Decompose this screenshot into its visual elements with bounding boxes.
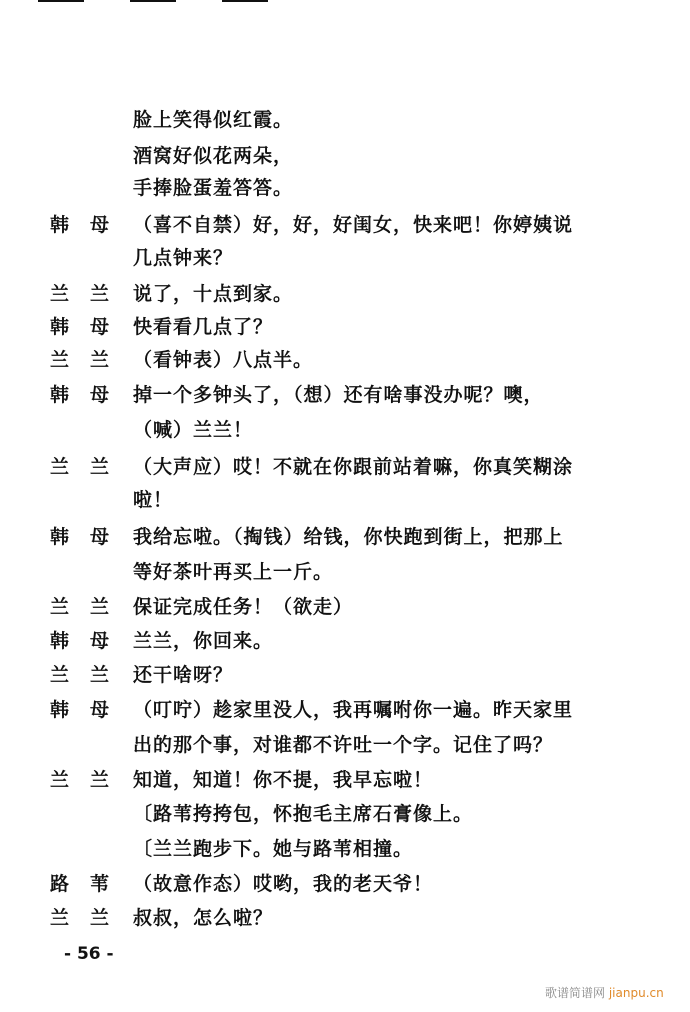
dialogue-line: （喊）兰兰！ — [133, 418, 253, 442]
speaker-label: 韩母 — [50, 629, 130, 653]
header-rule — [222, 0, 268, 2]
header-rule — [38, 0, 84, 2]
speaker-label: 兰兰 — [50, 906, 130, 930]
dialogue-line: （看钟表）八点半。 — [133, 348, 313, 372]
dialogue-line: 出的那个事，对谁都不许吐一个字。记住了吗？ — [133, 733, 553, 757]
speaker-label: 韩母 — [50, 698, 130, 722]
watermark: 歌谱简谱网 jianpu.cn — [545, 984, 664, 1001]
dialogue-line: 还干啥呀？ — [133, 663, 233, 687]
dialogue-line: 叔叔，怎么啦？ — [133, 906, 273, 930]
dialogue-line: 保证完成任务！（欲走） — [133, 595, 353, 619]
dialogue-line: （故意作态）哎哟，我的老天爷！ — [133, 872, 433, 896]
speaker-label: 韩母 — [50, 315, 130, 339]
dialogue-line: 啦！ — [133, 488, 173, 512]
speaker-label: 韩母 — [50, 213, 130, 237]
stage-direction: 〔路苇挎挎包，怀抱毛主席石膏像上。 — [133, 802, 473, 826]
dialogue-line: 知道，知道！你不提，我早忘啦！ — [133, 768, 433, 792]
speaker-label: 兰兰 — [50, 455, 130, 479]
dialogue-line: （喜不自禁）好，好，好闺女，快来吧！你婷姨说 — [133, 213, 573, 237]
watermark-cn: 歌谱简谱网 — [545, 986, 605, 1000]
dialogue-line: 我给忘啦。（掏钱）给钱，你快跑到街上，把那上 — [133, 525, 564, 549]
verse-line: 酒窝好似花两朵， — [133, 144, 293, 168]
dialogue-line: 等好茶叶再买上一斤。 — [133, 560, 333, 584]
speaker-label: 兰兰 — [50, 282, 130, 306]
dialogue-line: 掉一个多钟头了，（想）还有啥事没办呢？噢， — [133, 383, 544, 407]
stage-direction: 〔兰兰跑步下。她与路苇相撞。 — [133, 837, 413, 861]
speaker-label: 兰兰 — [50, 663, 130, 687]
watermark-site: jianpu.cn — [609, 986, 664, 1000]
speaker-label: 路苇 — [50, 872, 130, 896]
verse-line: 脸上笑得似红霞。 — [133, 108, 293, 132]
dialogue-line: （大声应）哎！不就在你跟前站着嘛，你真笑糊涂 — [133, 455, 573, 479]
speaker-label: 兰兰 — [50, 595, 130, 619]
dialogue-line: 几点钟来？ — [133, 246, 233, 270]
dialogue-line: 兰兰，你回来。 — [133, 629, 273, 653]
header-rule — [130, 0, 176, 2]
page-number: - 56 - — [64, 944, 114, 964]
dialogue-line: （叮咛）趁家里没人，我再嘱咐你一遍。昨天家里 — [133, 698, 573, 722]
speaker-label: 韩母 — [50, 525, 130, 549]
speaker-label: 兰兰 — [50, 768, 130, 792]
dialogue-line: 说了，十点到家。 — [133, 282, 293, 306]
verse-line: 手捧脸蛋羞答答。 — [133, 176, 293, 200]
speaker-label: 韩母 — [50, 383, 130, 407]
dialogue-line: 快看看几点了？ — [133, 315, 273, 339]
speaker-label: 兰兰 — [50, 348, 130, 372]
